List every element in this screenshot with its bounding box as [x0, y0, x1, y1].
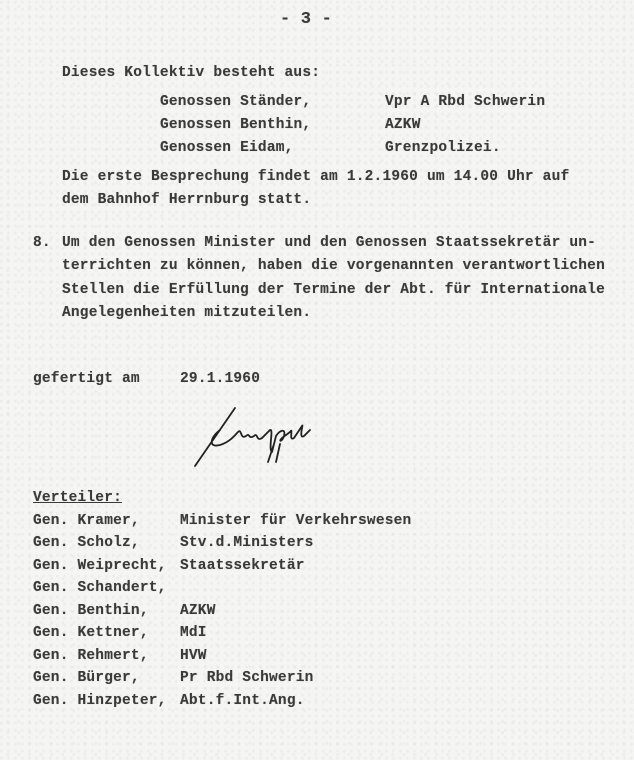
distribution-name: Gen. Kramer, [33, 510, 140, 532]
page-number: - 3 - [280, 9, 332, 31]
prepared-date: 29.1.1960 [180, 368, 260, 390]
distribution-name: Gen. Kettner, [33, 622, 149, 644]
distribution-role: Stv.d.Ministers [180, 532, 314, 554]
distribution-role: Abt.f.Int.Ang. [180, 690, 305, 712]
distribution-heading: Verteiler: [33, 487, 122, 509]
member-name: Genossen Ständer, [160, 91, 311, 113]
distribution-role: MdI [180, 622, 207, 644]
item-number: 8. [33, 232, 51, 254]
collective-intro: Dieses Kollektiv besteht aus: [62, 62, 320, 84]
distribution-role: AZKW [180, 600, 216, 622]
prepared-label: gefertigt am [33, 368, 140, 390]
distribution-name: Gen. Schandert, [33, 577, 167, 599]
distribution-name: Gen. Weiprecht, [33, 555, 167, 577]
distribution-role: Staatssekretär [180, 555, 305, 577]
member-name: Genossen Benthin, [160, 114, 311, 136]
member-org: Vpr A Rbd Schwerin [385, 91, 545, 113]
member-name: Genossen Eidam, [160, 137, 294, 159]
distribution-role: HVW [180, 645, 207, 667]
member-org: Grenzpolizei. [385, 137, 501, 159]
item8-line: terrichten zu können, haben die vorgenan… [62, 255, 605, 277]
distribution-name: Gen. Scholz, [33, 532, 140, 554]
distribution-role: Minister für Verkehrswesen [180, 510, 411, 532]
item8-line: Stellen die Erfüllung der Termine der Ab… [62, 279, 605, 301]
document-page: - 3 - Dieses Kollektiv besteht aus: Geno… [0, 0, 634, 760]
member-org: AZKW [385, 114, 421, 136]
item8-line: Angelegenheiten mitzuteilen. [62, 302, 311, 324]
meeting-line-1: Die erste Besprechung findet am 1.2.1960… [62, 166, 569, 188]
item8-line: Um den Genossen Minister und den Genosse… [62, 232, 596, 254]
distribution-name: Gen. Benthin, [33, 600, 149, 622]
signature-image [190, 400, 320, 470]
distribution-name: Gen. Bürger, [33, 667, 140, 689]
distribution-name: Gen. Hinzpeter, [33, 690, 167, 712]
distribution-role: Pr Rbd Schwerin [180, 667, 314, 689]
distribution-name: Gen. Rehmert, [33, 645, 149, 667]
meeting-line-2: dem Bahnhof Herrnburg statt. [62, 189, 311, 211]
